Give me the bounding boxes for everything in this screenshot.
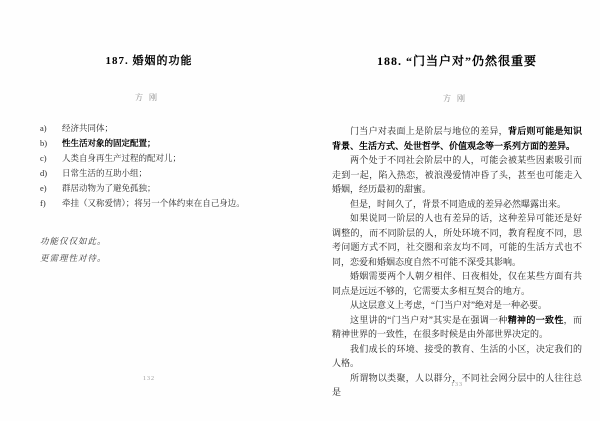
left-section-title: 187. 婚姻的功能 bbox=[28, 52, 270, 68]
right-section-title: 188. “门当户对”仍然很重要 bbox=[332, 52, 582, 69]
right-byline: 方刚 bbox=[332, 93, 582, 104]
list-item: a)经济共同体； bbox=[40, 121, 270, 136]
list-item: d)日常生活的互助小组； bbox=[40, 166, 270, 181]
paragraph: 这里讲的“门当户对”其实是在强调一种精神的一致性，而精神世界的一致性，在很多时候… bbox=[332, 313, 582, 342]
body-text: 门当户对表面上是阶层与地位的差异， bbox=[350, 126, 508, 136]
list-item-label: a) bbox=[40, 121, 62, 136]
list-item-text: 经济共同体； bbox=[62, 121, 270, 136]
body-text: 婚姻需要两个人朝夕相伴、日夜相处，仅在某些方面有共同点是远远不够的，它需要太多相… bbox=[332, 271, 582, 296]
paragraph: 从这层意义上考虑，“门当户对”绝对是一种必要。 bbox=[332, 298, 582, 313]
body-text: 两个处于不同社会阶层中的人，可能会被某些因素吸引而走到一起，陷入热恋，被浪漫爱情… bbox=[332, 155, 582, 194]
right-page: 188. “门当户对”仍然很重要 方刚 门当户对表面上是阶层与地位的差异，背后则… bbox=[332, 0, 582, 421]
list-item: e)群居动物为了避免孤独； bbox=[40, 181, 270, 196]
list-item: b)性生活对象的固定配置； bbox=[40, 136, 270, 151]
body-text: 但是，时间久了，背景不同造成的差异必然曝露出来。 bbox=[350, 199, 566, 209]
left-byline: 方刚 bbox=[28, 92, 270, 103]
paragraph: 但是，时间久了，背景不同造成的差异必然曝露出来。 bbox=[332, 197, 582, 212]
left-title-text: 婚姻的功能 bbox=[133, 55, 193, 67]
list-item-text: 性生活对象的固定配置； bbox=[62, 136, 270, 151]
right-section-number: 188. bbox=[377, 54, 402, 68]
list-item-label: f) bbox=[40, 196, 62, 211]
notes-block: 功能仅仅如此。 更需理性对待。 bbox=[28, 233, 270, 267]
right-title-text: “门当户对”仍然很重要 bbox=[406, 54, 537, 68]
list-item-label: b) bbox=[40, 136, 62, 151]
left-section-number: 187. bbox=[106, 55, 129, 67]
list-item-text: 群居动物为了避免孤独； bbox=[62, 181, 270, 196]
left-page: 187. 婚姻的功能 方刚 a)经济共同体；b)性生活对象的固定配置；c)人类自… bbox=[28, 0, 270, 421]
list-item-label: c) bbox=[40, 151, 62, 166]
note-line: 更需理性对待。 bbox=[40, 250, 270, 267]
paragraph: 如果说同一阶层的人也有差异的话，这种差异可能还是好调整的，而不同阶层的人，所处环… bbox=[332, 211, 582, 269]
body-text: 这里讲的“门当户对”其实是在强调一种 bbox=[350, 315, 508, 325]
left-page-number: 132 bbox=[28, 376, 270, 382]
body-text: 从这层意义上考虑，“门当户对”绝对是一种必要。 bbox=[350, 300, 547, 310]
emphasis-text: 精神的一致性 bbox=[508, 315, 564, 325]
function-list: a)经济共同体；b)性生活对象的固定配置；c)人类自身再生产过程的配对儿；d)日… bbox=[28, 121, 270, 211]
list-item-text: 日常生活的互助小组； bbox=[62, 166, 270, 181]
right-page-number: 133 bbox=[332, 382, 582, 388]
list-item-label: e) bbox=[40, 181, 62, 196]
body-text: 如果说同一阶层的人也有差异的话，这种差异可能还是好调整的，而不同阶层的人，所处环… bbox=[332, 213, 582, 267]
paragraph: 门当户对表面上是阶层与地位的差异，背后则可能是知识背景、生活方式、处世哲学、价值… bbox=[332, 124, 582, 153]
body-text: 我们成长的环境、接受的教育、生活的小区，决定我们的人格。 bbox=[332, 344, 582, 369]
paragraph: 两个处于不同社会阶层中的人，可能会被某些因素吸引而走到一起，陷入热恋，被浪漫爱情… bbox=[332, 153, 582, 197]
note-line: 功能仅仅如此。 bbox=[40, 233, 270, 250]
paragraph: 我们成长的环境、接受的教育、生活的小区，决定我们的人格。 bbox=[332, 342, 582, 371]
list-item: f)牵挂（又称爱情）；将另一个体约束在自己身边。 bbox=[40, 196, 270, 211]
body-paragraphs: 门当户对表面上是阶层与地位的差异，背后则可能是知识背景、生活方式、处世哲学、价值… bbox=[332, 124, 582, 400]
list-item-text: 人类自身再生产过程的配对儿； bbox=[62, 151, 270, 166]
list-item-text: 牵挂（又称爱情）；将另一个体约束在自己身边。 bbox=[62, 196, 270, 211]
list-item: c)人类自身再生产过程的配对儿； bbox=[40, 151, 270, 166]
list-item-label: d) bbox=[40, 166, 62, 181]
paragraph: 婚姻需要两个人朝夕相伴、日夜相处，仅在某些方面有共同点是远远不够的，它需要太多相… bbox=[332, 269, 582, 298]
